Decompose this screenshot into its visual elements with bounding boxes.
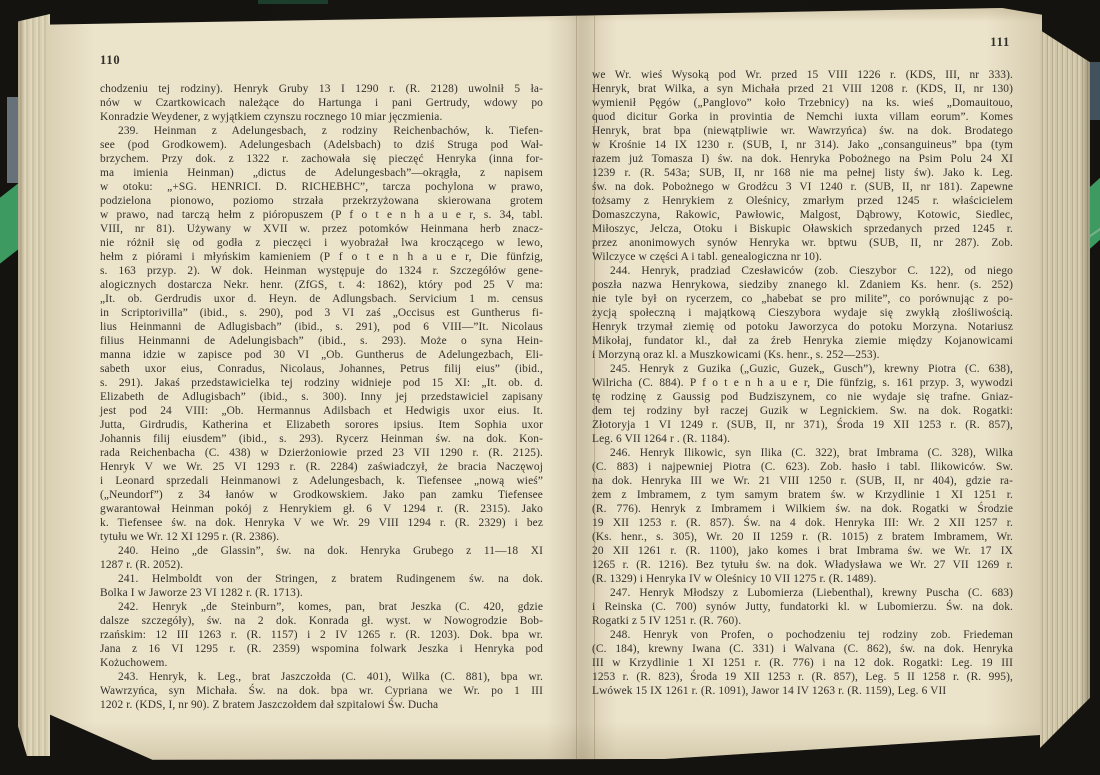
text-line: (C. 184), krewny Iwana (C. 331) i Walvan…	[592, 642, 1013, 656]
text-line: dem tej rodziny był raczej Guzik w Legni…	[592, 404, 1013, 418]
text-line: 19 XII 1253 r. (R. 857). Św. na 4 dok. H…	[592, 516, 1013, 530]
paragraph: 245. Henryk z Guzika („Guzic, Guzek„ Gus…	[592, 362, 1013, 446]
text-line: 244. Henryk, pradziad Czesławiców (zob. …	[592, 264, 1013, 278]
text-line: Domaszczyna, Rakowic, Pawłowic, Malgost,…	[592, 208, 1013, 222]
text-line: 1253 r. (R. 823), Środa 19 XII 1253 r. (…	[592, 670, 1013, 684]
right-page: 111 we Wr. wieś Wysoką pod Wr. przed 15 …	[592, 35, 1013, 698]
text-line: gwarantował Heinman pokój z Henrykiem gł…	[100, 502, 543, 516]
text-line: Lwówek 15 IX 1261 r. (R. 1091), Jawor 14…	[592, 684, 1013, 698]
text-line: chodzeniu tej rodziny). Henryk Gruby 13 …	[100, 82, 543, 96]
text-line: Złotoryja 1 VI 1249 r. (SUB, II, nr 371)…	[592, 418, 1013, 432]
text-line: tę rodzinę z Gaussig pod Budziszynem, co…	[592, 390, 1013, 404]
text-line: tożsamy z Henrykiem z Oleśnicy, zmarłym …	[592, 194, 1013, 208]
text-line: 243. Henryk, k. Leg., brat Jaszczołda (C…	[100, 670, 543, 684]
text-line: alogicznych dostarcza Nekr. henr. (ZfGS,…	[100, 278, 543, 292]
paragraph: 248. Henryk von Profen, o pochodzeniu te…	[592, 628, 1013, 698]
text-line: dalsze szczegóły), św. na 2 dok. Konrada…	[100, 614, 543, 628]
text-line: 1265 r. (R. 1216). Bez tytułu św. na dok…	[592, 558, 1013, 572]
paragraph: 240. Heino „de Glassin”, św. na dok. Hen…	[100, 544, 543, 572]
text-line: tytułu we Wr. 12 XI 1295 r. (R. 2386).	[100, 530, 543, 544]
green-sliver-top	[258, 0, 328, 4]
text-line: nów w Czartkowicach należące do Hartunga…	[100, 96, 543, 110]
text-line: Henryk, brat bpa (niewątpliwie wr. Wawrz…	[592, 124, 1013, 138]
text-line: we Wr. wieś Wysoką pod Wr. przed 15 VIII…	[592, 68, 1013, 82]
text-line: quod dicitur Gorka in provintia de Nemch…	[592, 110, 1013, 124]
page-fore-edge-right	[1040, 30, 1090, 748]
paragraph: we Wr. wieś Wysoką pod Wr. przed 15 VIII…	[592, 68, 1013, 264]
text-line: 1239 r. (R. 543a; SUB, II, nr 168 nie ma…	[592, 166, 1013, 180]
left-page: 110 chodzeniu tej rodziny). Henryk Gruby…	[100, 53, 543, 712]
text-line: Rogatki z 5 IV 1251 r. (R. 760).	[592, 614, 1013, 628]
paragraph: 243. Henryk, k. Leg., brat Jaszczołda (C…	[100, 670, 543, 712]
text-line: Johannis filij eiusdem” (ibid., s. 293).…	[100, 432, 543, 446]
text-line: s. 163 przyp. 2). W dok. Heinman występu…	[100, 264, 543, 278]
text-line: manna idzie w zapisce pod 30 VI „Ob. Gun…	[100, 348, 543, 362]
text-line: Leg. 6 VII 1264 r . (R. 1184).	[592, 432, 1013, 446]
text-line: III w Krzydlinie 1 XI 1251 r. (R. 776) i…	[592, 656, 1013, 670]
text-line: zem z Imbramem, z tym samym bratem św. w…	[592, 488, 1013, 502]
text-line: św. na dok. Pobożnego w Grodźcu 3 VI 124…	[592, 180, 1013, 194]
text-line: VIII, nr 81). Używany w XVII w. przez po…	[100, 222, 543, 236]
paragraph: 239. Heinman z Adelungesbach, z rodziny …	[100, 124, 543, 544]
text-line: „It. ob. Gerdrudis uxor d. Heyn. de Adlu…	[100, 292, 543, 306]
text-line: na dok. Henryka III we Wr. 21 VIII 1250 …	[592, 474, 1013, 488]
left-page-body: chodzeniu tej rodziny). Henryk Gruby 13 …	[100, 82, 543, 712]
text-line: 248. Henryk von Profen, o pochodzeniu te…	[592, 628, 1013, 642]
text-line: Wilczyce w części A i tabl. genealogiczn…	[592, 250, 1013, 264]
text-line: (C. 883) i najpewniej Piotra (C. 623). Z…	[592, 460, 1013, 474]
text-line: Henryk V we Wr. 25 VI 1293 r. (R. 2284) …	[100, 460, 543, 474]
text-line: Mikołaj, fundator kl., dał za źreb Henry…	[592, 334, 1013, 348]
text-line: s. 291). Jakaś przedstawicielka tej rodz…	[100, 376, 543, 390]
text-line: (R. 776). Henryk z Imbramem i Wilkiem św…	[592, 502, 1013, 516]
text-line: podzielona pionowo, poziomo strzała prze…	[100, 194, 543, 208]
text-line: 20 XII 1261 r. (R. 1100), jako komes i b…	[592, 544, 1013, 558]
text-line: sabeth uxor eius, Conradus, Nicolaus, Jo…	[100, 362, 543, 376]
page-number-left: 110	[100, 53, 543, 67]
text-line: Konradzie Weydener, z wyjątkiem czynszu …	[100, 110, 543, 124]
text-line: in Scriptorivilla” (ibid., s. 290), pod …	[100, 306, 543, 320]
paragraph: 246. Henryk Ilikowic, syn Ilika (C. 322)…	[592, 446, 1013, 586]
text-line: 241. Helmboldt von der Stringen, z brate…	[100, 572, 543, 586]
right-page-body: we Wr. wieś Wysoką pod Wr. przed 15 VIII…	[592, 68, 1013, 698]
paragraph: chodzeniu tej rodziny). Henryk Gruby 13 …	[100, 82, 543, 124]
page-edge-stack-left	[18, 14, 50, 756]
text-line: 1202 r. (KDS, I, nr 90). Z bratem Jaszcz…	[100, 698, 543, 712]
paragraph: 241. Helmboldt von der Stringen, z brate…	[100, 572, 543, 600]
text-line: Jutta, Girdrudis, Katherina et Elizabeth…	[100, 418, 543, 432]
text-line: Jana z 16 VI 1295 r. (R. 2359) wspomina …	[100, 642, 543, 656]
text-line: („Neundorf”) z 34 łanów w Grodkowskiem. …	[100, 488, 543, 502]
text-line: i Leonard sprzedali Heinmanowi z Adelung…	[100, 474, 543, 488]
text-line: lius Heinmanni de Adlugisbach” (ibid., s…	[100, 320, 543, 334]
text-line: razem już Tomasza I) św. na dok. Henryka…	[592, 152, 1013, 166]
text-line: Elizabeth de Adlugisbach” (ibid., s. 300…	[100, 390, 543, 404]
text-line: filius Heinmanni de Adelungisbach” (ibid…	[100, 334, 543, 348]
text-line: wymienił Pęgów („Panglovo” koło Trzebnic…	[592, 96, 1013, 110]
text-line: (R. 1329) i Henryka IV w Oleśnicy 10 VII…	[592, 572, 1013, 586]
gutter-line	[576, 8, 577, 762]
text-line: w prawo, nad tarczą hełm z pióropuszem (…	[100, 208, 543, 222]
text-line: 239. Heinman z Adelungesbach, z rodziny …	[100, 124, 543, 138]
text-line: Henryk, brat Wilka, a syn Michała przed …	[592, 82, 1013, 96]
text-line: nie tyle był on rycerzem, co „habebat se…	[592, 292, 1013, 306]
paragraph: 244. Henryk, pradziad Czesławiców (zob. …	[592, 264, 1013, 362]
text-line: i Reinska (C. 700) synów Jutty, fundator…	[592, 600, 1013, 614]
text-line: i Morzyną oraz kl. a Muszkowicami (Ks. h…	[592, 348, 1013, 362]
photo-background: 110 chodzeniu tej rodziny). Henryk Gruby…	[0, 0, 1100, 775]
text-line: see (pod Grodkowem). Adelungesbach (Adel…	[100, 138, 543, 152]
text-line: jest pod 24 VIII: „Ob. Hermannus Adilsba…	[100, 404, 543, 418]
text-line: w otoku: „+SG. HENRICI. D. RICHEBHC”, ta…	[100, 180, 543, 194]
text-line: poszła nazwa Henrykowa, siedziby znanego…	[592, 278, 1013, 292]
text-line: 245. Henryk z Guzika („Guzic, Guzek„ Gus…	[592, 362, 1013, 376]
paragraph: 242. Henryk „de Steinburn”, komes, pan, …	[100, 600, 543, 670]
text-line: brzychem. Przy dok. z 1322 r. zachowała …	[100, 152, 543, 166]
text-line: zycją społeczną i majątkową Cieszybora w…	[592, 306, 1013, 320]
text-line: 246. Henryk Ilikowic, syn Ilika (C. 322)…	[592, 446, 1013, 460]
text-line: Bolka I w Jaworze 23 VI 1282 r. (R. 1713…	[100, 586, 543, 600]
text-line: (Ks. henr., s. 305), Wr. 20 II 1259 r. (…	[592, 530, 1013, 544]
text-line: 240. Heino „de Glassin”, św. na dok. Hen…	[100, 544, 543, 558]
text-line: Kożuchowem.	[100, 656, 543, 670]
text-line: 242. Henryk „de Steinburn”, komes, pan, …	[100, 600, 543, 614]
text-line: Wilricha (C. 884). P f o t e n h a u e r…	[592, 376, 1013, 390]
text-line: rada Reichenbacha (C. 438) w Dzierżoniow…	[100, 446, 543, 460]
text-line: 1287 r. (R. 2052).	[100, 558, 543, 572]
text-line: przez anonimowych synów Henryka wr. bptw…	[592, 236, 1013, 250]
text-line: nie różnił się od godła z pieczęci i wyo…	[100, 236, 543, 250]
text-line: ma imienia Heinman) „dictus de Adelunges…	[100, 166, 543, 180]
text-line: hełm z piórami i młyńskim kamieniem (P f…	[100, 250, 543, 264]
text-line: k. Tiefensee św. na dok. Henryka V we Wr…	[100, 516, 543, 530]
text-line: Miłoszyc, Jelcza, Otoku i Biskupic Oławs…	[592, 222, 1013, 236]
text-line: 247. Henryk Młodszy z Lubomierza (Lieben…	[592, 586, 1013, 600]
text-line: rzańskim: 12 III 1263 r. (R. 1157) i 2 I…	[100, 628, 543, 642]
text-line: w Krośnie 14 IX 1230 r. (SUB, I, nr 314)…	[592, 138, 1013, 152]
text-line: Henryk trzymał ziemię od potoku Jaworzyc…	[592, 320, 1013, 334]
text-line: Wawrzyńca, syn Michała. Św. na dok. bpa …	[100, 684, 543, 698]
paragraph: 247. Henryk Młodszy z Lubomierza (Lieben…	[592, 586, 1013, 628]
page-number-right: 111	[592, 35, 1013, 49]
